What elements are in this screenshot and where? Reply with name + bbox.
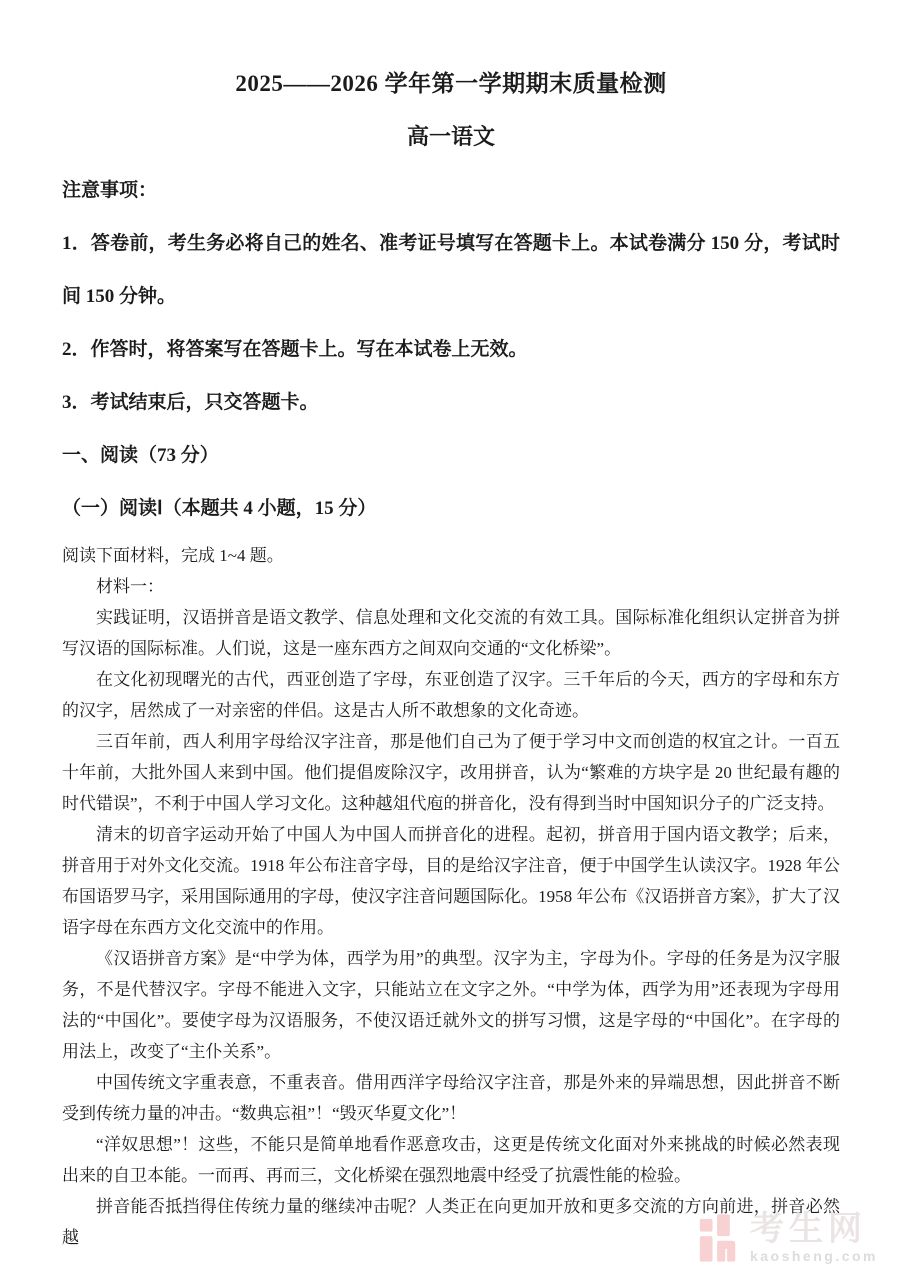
material-paragraph: 《汉语拼音方案》是“中学为体，西学为用”的典型。汉字为主，字母为仆。字母的任务是…	[62, 943, 840, 1067]
section-heading: 一、阅读（73 分）	[62, 429, 840, 482]
material-body: 实践证明，汉语拼音是语文教学、信息处理和文化交流的有效工具。国际标准化组织认定拼…	[62, 602, 840, 1253]
notice-item-2: 2．作答时，将答案写在答题卡上。写在本试卷上无效。	[62, 323, 840, 376]
notice-section: 注意事项： 1．答卷前，考生务必将自己的姓名、准考证号填写在答题卡上。本试卷满分…	[62, 164, 840, 429]
reading-instruction: 阅读下面材料，完成 1~4 题。	[62, 540, 840, 571]
material-paragraph: 清末的切音字运动开始了中国人为中国人而拼音化的进程。起初，拼音用于国内语文教学；…	[62, 819, 840, 943]
reading-section-headings: 一、阅读（73 分） （一）阅读Ⅰ（本题共 4 小题，15 分）	[62, 429, 840, 535]
notice-item-1: 1．答卷前，考生务必将自己的姓名、准考证号填写在答题卡上。本试卷满分 150 分…	[62, 217, 840, 323]
material-paragraph: 实践证明，汉语拼音是语文教学、信息处理和文化交流的有效工具。国际标准化组织认定拼…	[62, 602, 840, 664]
exam-paper-page: 2025——2026 学年第一学期期末质量检测 高一语文 注意事项： 1．答卷前…	[0, 0, 900, 1273]
page-subtitle: 高一语文	[62, 123, 840, 152]
watermark-site-name: 考生网	[750, 1212, 867, 1246]
kaosheng-logo-icon	[698, 1211, 738, 1265]
material-paragraph: 三百年前，西人利用字母给汉字注音，那是他们自己为了便于学习中文而创造的权宜之计。…	[62, 726, 840, 819]
material-paragraph: “洋奴思想”！这些，不能只是简单地看作恶意攻击，这更是传统文化面对外来挑战的时候…	[62, 1129, 840, 1191]
watermark-text: 考生网 kaosheng.com	[750, 1212, 878, 1265]
material-paragraph: 中国传统文字重表意，不重表音。借用西洋字母给汉字注音，那是外来的异端思想，因此拼…	[62, 1067, 840, 1129]
watermark-site-url: kaosheng.com	[750, 1248, 878, 1265]
material-paragraph: 在文化初现曙光的古代，西亚创造了字母，东亚创造了汉字。三千年后的今天，西方的字母…	[62, 664, 840, 726]
watermark: 考生网 kaosheng.com	[698, 1211, 878, 1265]
page-title: 2025——2026 学年第一学期期末质量检测	[62, 68, 840, 99]
material-label: 材料一：	[62, 571, 840, 602]
notice-item-3: 3．考试结束后，只交答题卡。	[62, 376, 840, 429]
subsection-heading: （一）阅读Ⅰ（本题共 4 小题，15 分）	[62, 482, 840, 535]
notice-heading: 注意事项：	[62, 164, 840, 217]
